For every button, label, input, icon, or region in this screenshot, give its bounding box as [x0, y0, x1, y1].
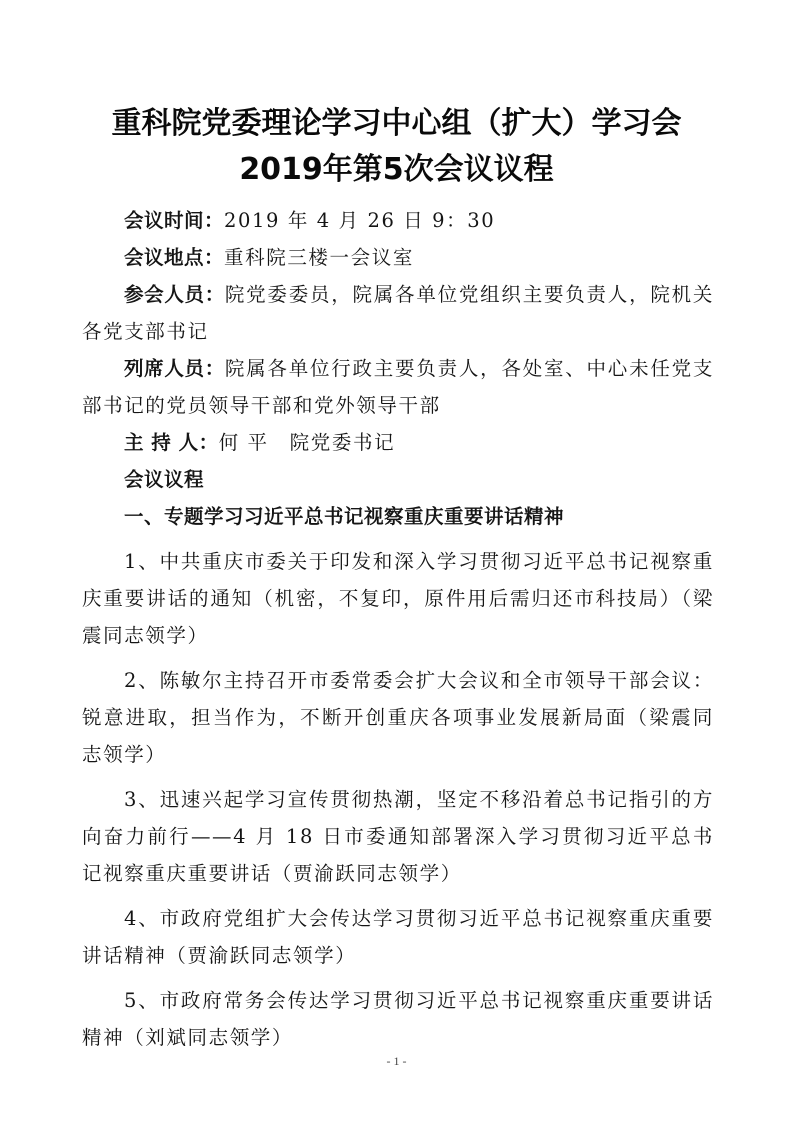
host-label: 主 持 人：	[124, 431, 219, 454]
agenda-heading: 会议议程	[82, 461, 714, 498]
meeting-time-label: 会议时间：	[124, 209, 224, 232]
document-body: 会议时间：2019 年 4 月 26 日 9：30 会议地点：重科院三楼一会议室…	[82, 202, 714, 1056]
page-number: - 1 -	[0, 1054, 793, 1069]
host: 主 持 人：何 平 院党委书记	[82, 424, 714, 461]
agenda-item-3: 3、迅速兴起学习宣传贯彻热潮，坚定不移沿着总书记指引的方向奋力前行——4 月 1…	[82, 781, 714, 892]
agenda-item-2: 2、陈敏尔主持召开市委常委会扩大会议和全市领导干部会议：锐意进取，担当作为，不断…	[82, 662, 714, 773]
attendees-label: 参会人员：	[124, 283, 225, 306]
observers: 列席人员：院属各单位行政主要负责人，各处室、中心未任党支部书记的党员领导干部和党…	[82, 350, 714, 424]
agenda-item-1: 1、中共重庆市委关于印发和深入学习贯彻习近平总书记视察重庆重要讲话的通知（机密，…	[82, 543, 714, 654]
meeting-location: 会议地点：重科院三楼一会议室	[82, 239, 714, 276]
agenda-item-5: 5、市政府常务会传达学习贯彻习近平总书记视察重庆重要讲话精神（刘斌同志领学）	[82, 982, 714, 1056]
meeting-location-label: 会议地点：	[124, 246, 224, 269]
host-value: 何 平 院党委书记	[219, 431, 396, 454]
meeting-time: 会议时间：2019 年 4 月 26 日 9：30	[82, 202, 714, 239]
agenda-item-4: 4、市政府党组扩大会传达学习贯彻习近平总书记视察重庆重要讲话精神（贾渝跃同志领学…	[82, 900, 714, 974]
document-title-line2: 2019年第5次会议议程	[60, 144, 733, 188]
document-page: 重科院党委理论学习中心组（扩大）学习会 2019年第5次会议议程 会议时间：20…	[0, 0, 793, 1122]
attendees: 参会人员：院党委委员，院属各单位党组织主要负责人，院机关各党支部书记	[82, 276, 714, 350]
meeting-location-value: 重科院三楼一会议室	[224, 246, 414, 269]
document-title-line1: 重科院党委理论学习中心组（扩大）学习会	[60, 98, 733, 142]
meeting-time-value: 2019 年 4 月 26 日 9：30	[224, 209, 495, 232]
observers-label: 列席人员：	[124, 357, 225, 380]
section-heading: 一、专题学习习近平总书记视察重庆重要讲话精神	[82, 498, 714, 535]
